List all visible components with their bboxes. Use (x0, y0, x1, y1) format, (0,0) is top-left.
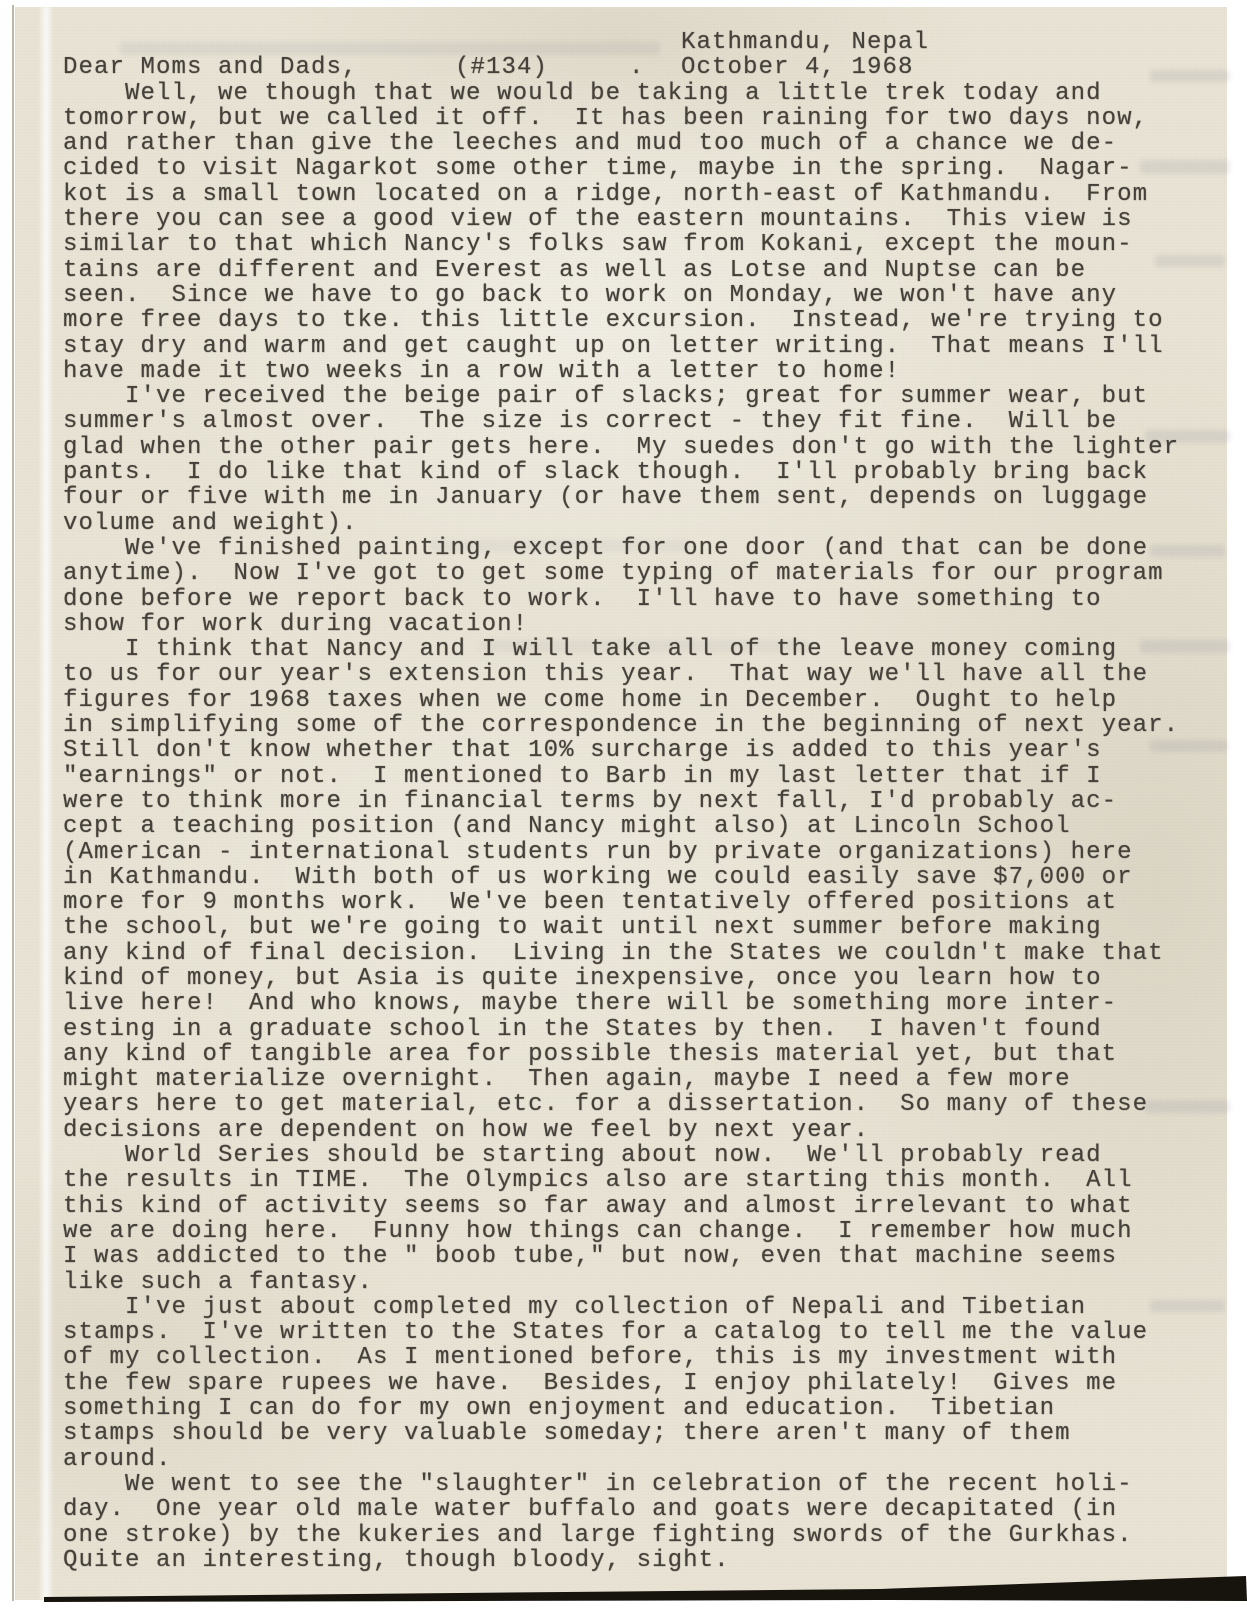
paper-fold-streak (38, 7, 54, 1600)
letter-paragraph: I've received the beige pair of slacks; … (63, 384, 1213, 536)
letter-paragraph: We went to see the "slaughter" in celebr… (63, 1472, 1213, 1573)
letter-place: Kathmandu, Nepal (681, 30, 929, 55)
scanned-letter-canvas: Kathmandu, Nepal Dear Moms and Dads, (#1… (0, 0, 1247, 1613)
letter-number: (#134) (455, 55, 548, 80)
letter-paragraph: Well, we though that we would be taking … (63, 81, 1213, 385)
letter-paragraph: I've just about completed my collection … (63, 1295, 1213, 1472)
letter-header: Kathmandu, Nepal Dear Moms and Dads, (#1… (63, 30, 1213, 81)
letter-date: October 4, 1968 (681, 55, 914, 80)
letter-salutation: Dear Moms and Dads, (63, 55, 358, 80)
letter-paragraph: We've finished painting, except for one … (63, 536, 1213, 637)
stray-period-mark: . (629, 55, 645, 80)
letter-paragraph: World Series should be starting about no… (63, 1143, 1213, 1295)
page-left-edge (12, 5, 14, 1601)
letter-body: Kathmandu, Nepal Dear Moms and Dads, (#1… (63, 30, 1213, 1573)
letter-paragraph: I think that Nancy and I will take all o… (63, 637, 1213, 1143)
